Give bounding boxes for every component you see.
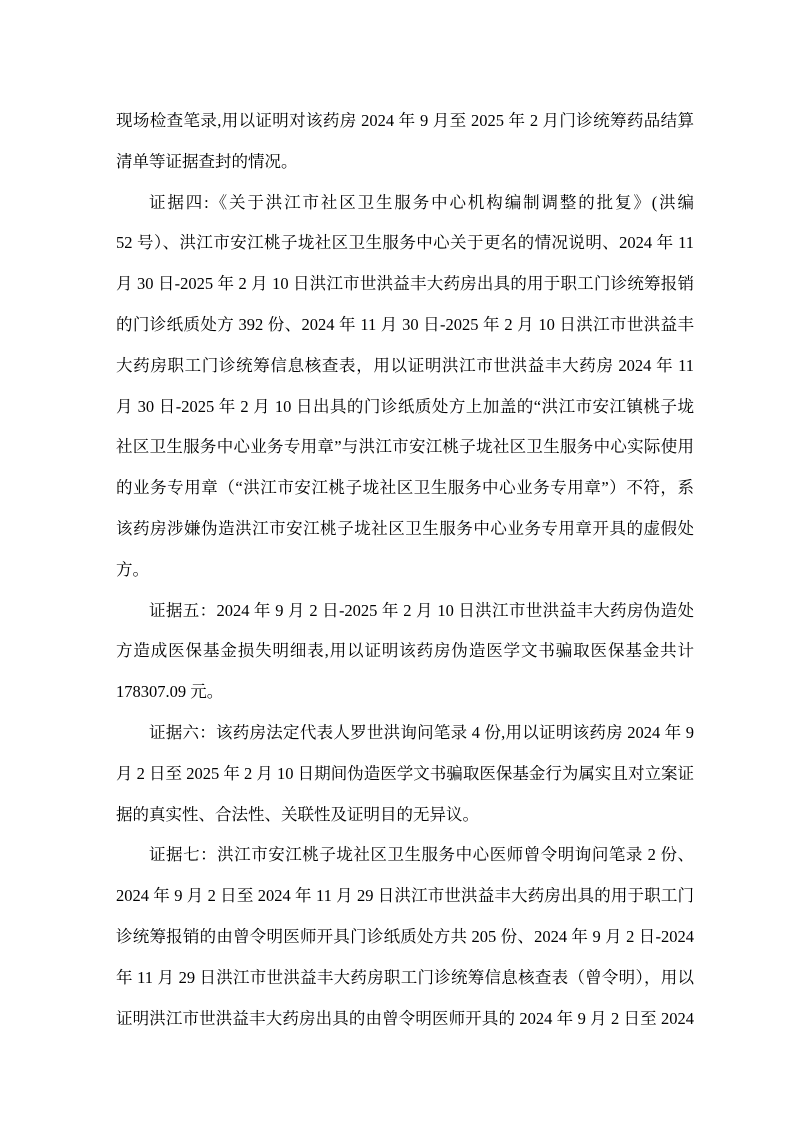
text-line: 月 2 日至 2025 年 2 月 10 日期间伪造医学文书骗取医保基金行为属实…	[116, 754, 694, 795]
document-page: 现场检查笔录,用以证明对该药房 2024 年 9 月至 2025 年 2 月门诊…	[0, 0, 793, 1122]
text-line: 的门诊纸质处方 392 份、2024 年 11 月 30 日-2025 年 2 …	[116, 305, 694, 346]
paragraph-evidence-5: 证据五：2024 年 9 月 2 日-2025 年 2 月 10 日洪江市世洪益…	[116, 591, 694, 713]
text-line: 方造成医保基金损失明细表,用以证明该药房伪造医学文书骗取医保基金共计	[116, 631, 694, 672]
document-body: 现场检查笔录,用以证明对该药房 2024 年 9 月至 2025 年 2 月门诊…	[116, 101, 694, 1039]
paragraph-continuation: 现场检查笔录,用以证明对该药房 2024 年 9 月至 2025 年 2 月门诊…	[116, 101, 694, 183]
text-line: 该药房涉嫌伪造洪江市安江桃子垅社区卫生服务中心业务专用章开具的虚假处	[116, 509, 694, 550]
text-line: 年 11 月 29 日洪江市世洪益丰大药房职工门诊统筹信息核查表（曾令明），用以	[116, 958, 694, 999]
text-line: 52 号）、洪江市安江桃子垅社区卫生服务中心关于更名的情况说明、2024 年 1…	[116, 223, 694, 264]
text-line: 证据七：洪江市安江桃子垅社区卫生服务中心医师曾令明询问笔录 2 份、	[116, 835, 694, 876]
paragraph-evidence-6: 证据六：该药房法定代表人罗世洪询问笔录 4 份,用以证明该药房 2024 年 9…	[116, 713, 694, 835]
text-line: 2024 年 9 月 2 日至 2024 年 11 月 29 日洪江市世洪益丰大…	[116, 876, 694, 917]
text-line: 诊统筹报销的由曾令明医师开具门诊纸质处方共 205 份、2024 年 9 月 2…	[116, 917, 694, 958]
text-line: 大药房职工门诊统筹信息核查表，用以证明洪江市世洪益丰大药房 2024 年 11	[116, 346, 694, 387]
paragraph-evidence-7: 证据七：洪江市安江桃子垅社区卫生服务中心医师曾令明询问笔录 2 份、 2024 …	[116, 835, 694, 1039]
text-line: 证据五：2024 年 9 月 2 日-2025 年 2 月 10 日洪江市世洪益…	[116, 591, 694, 632]
text-line: 据的真实性、合法性、关联性及证明目的无异议。	[116, 795, 694, 836]
text-line: 现场检查笔录,用以证明对该药房 2024 年 9 月至 2025 年 2 月门诊…	[116, 101, 694, 142]
text-line: 证据六：该药房法定代表人罗世洪询问笔录 4 份,用以证明该药房 2024 年 9	[116, 713, 694, 754]
text-line: 证据四:《关于洪江市社区卫生服务中心机构编制调整的批复》(洪编〔2024〕	[116, 183, 694, 224]
paragraph-evidence-4: 证据四:《关于洪江市社区卫生服务中心机构编制调整的批复》(洪编〔2024〕 52…	[116, 183, 694, 591]
text-line: 178307.09 元。	[116, 672, 694, 713]
text-line: 月 30 日-2025 年 2 月 10 日洪江市世洪益丰大药房出具的用于职工门…	[116, 264, 694, 305]
text-line: 月 30 日-2025 年 2 月 10 日出具的门诊纸质处方上加盖的“洪江市安…	[116, 387, 694, 428]
text-line: 清单等证据查封的情况。	[116, 142, 694, 183]
text-line: 证明洪江市世洪益丰大药房出具的由曾令明医师开具的 2024 年 9 月 2 日至…	[116, 999, 694, 1040]
text-line: 社区卫生服务中心业务专用章”与洪江市安江桃子垅社区卫生服务中心实际使用	[116, 427, 694, 468]
text-line: 方。	[116, 550, 694, 591]
text-line: 的业务专用章（“洪江市安江桃子垅社区卫生服务中心业务专用章”）不符，系	[116, 468, 694, 509]
